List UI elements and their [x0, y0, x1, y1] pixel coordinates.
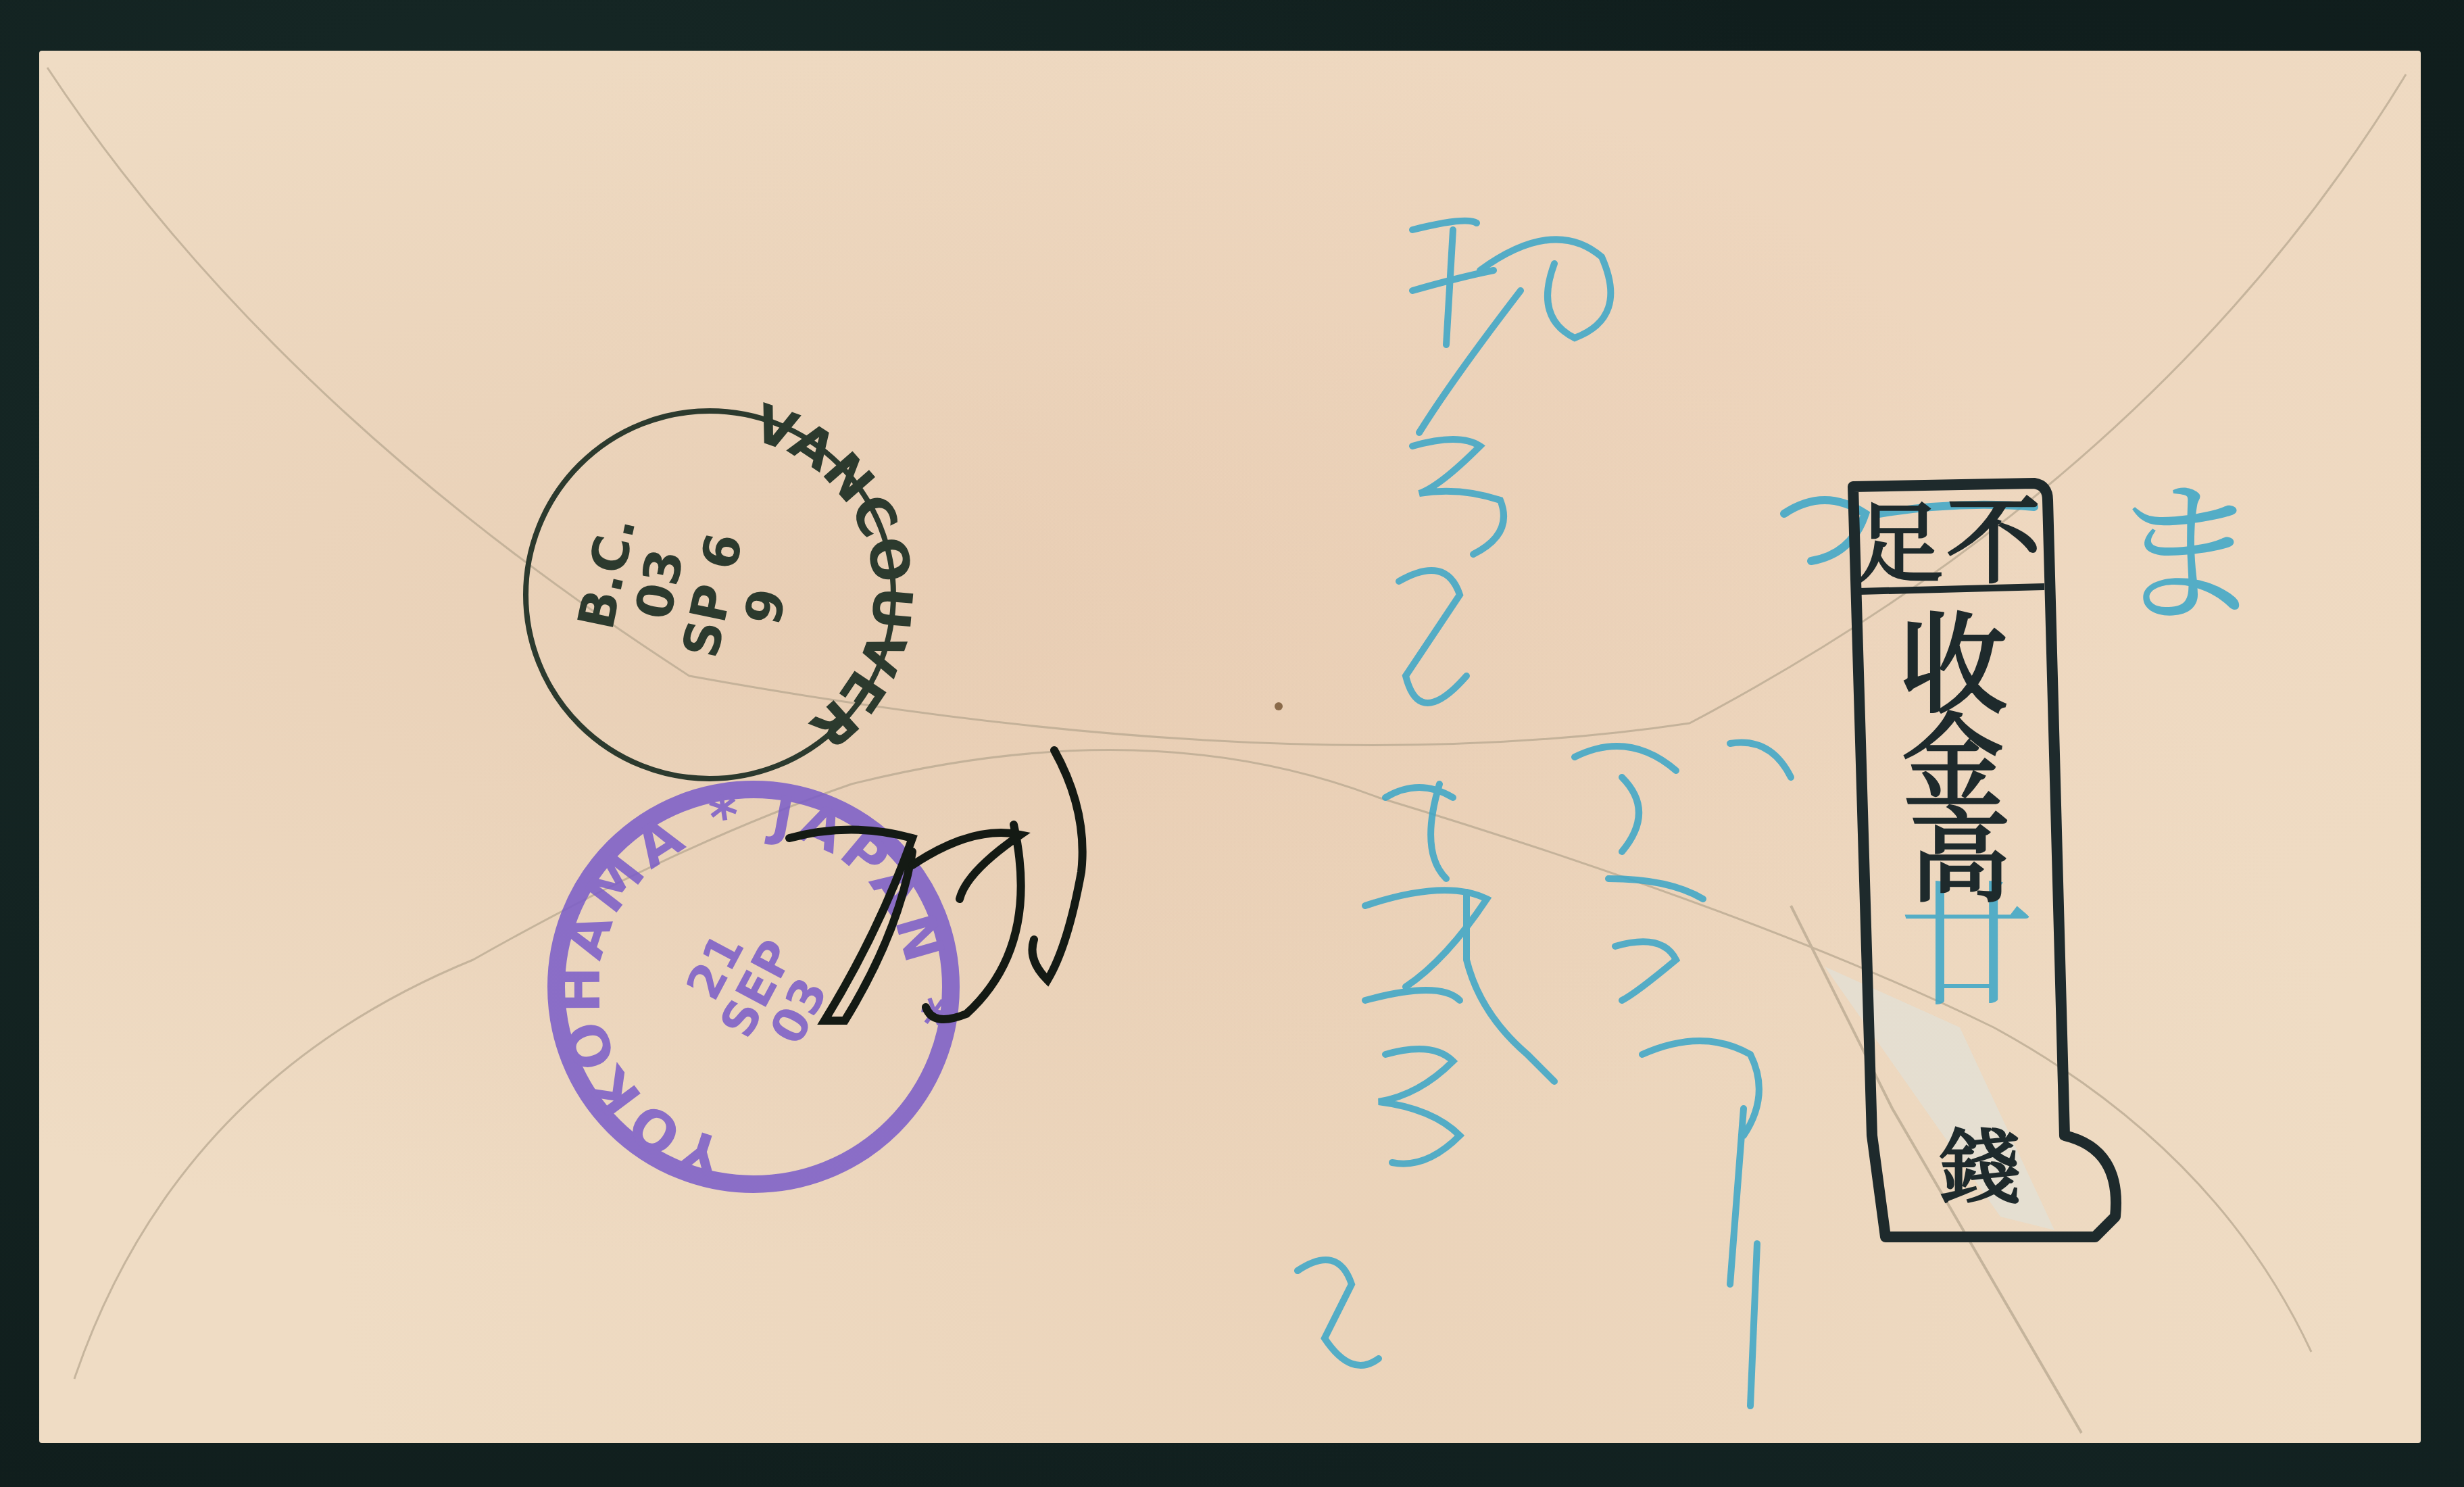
- postage-due-handstamp: 不 足 收 金 高 錢: [1853, 483, 2116, 1237]
- handstamp-char-sen: 錢: [1939, 1121, 2021, 1216]
- handstamp-char-soku: 足: [1855, 492, 1943, 595]
- vancouver-rim-text: VANCOUVER: [746, 393, 923, 760]
- crayon-ma-mark: ま: [2109, 465, 2264, 645]
- handstamp-char-daka: 高: [1909, 798, 2011, 917]
- vancouver-postmark: VANCOUVER 9 SP 6 03 B.C.: [526, 393, 923, 779]
- paper-spot: [1275, 702, 1283, 710]
- yokohama-postmark: YOKOHAMA * JAPAN * 21 SEP 03: [549, 782, 959, 1189]
- handstamp-char-fu: 不: [1946, 487, 2041, 598]
- markings-layer: VANCOUVER 9 SP 6 03 B.C. YOKOHAMA * JAPA…: [0, 0, 2464, 1487]
- vancouver-province: B.C.: [567, 512, 647, 634]
- crayon-annotation: [1298, 221, 1791, 1406]
